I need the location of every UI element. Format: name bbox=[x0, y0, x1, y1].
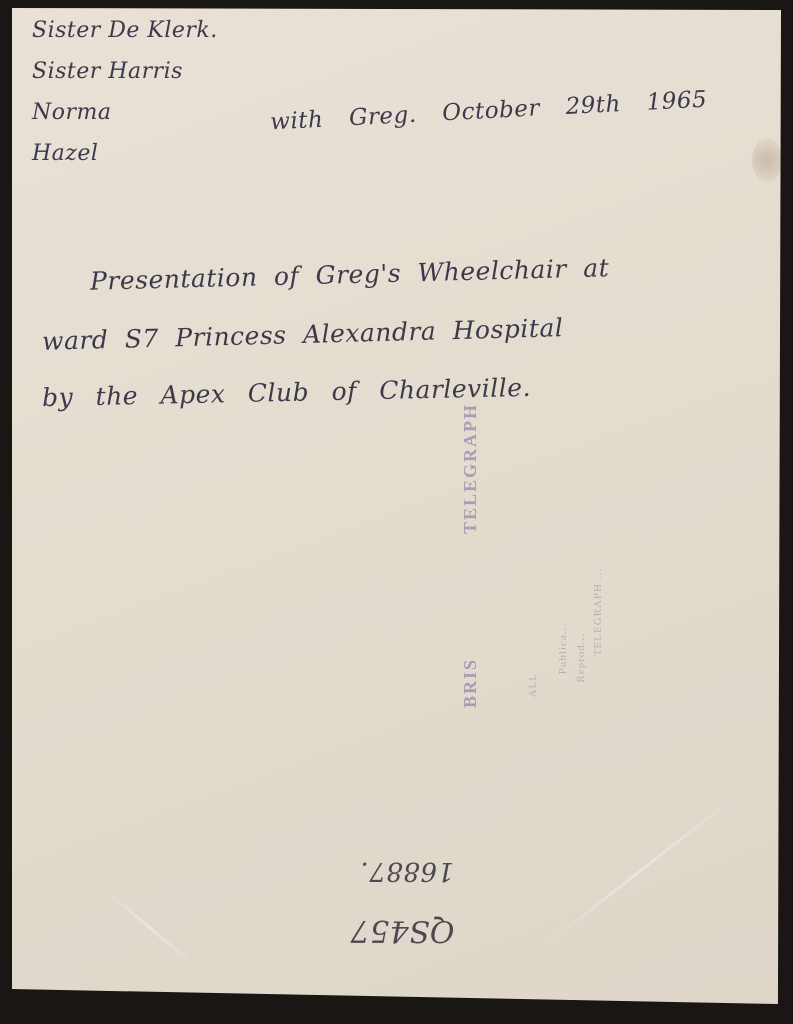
date-caption: with Greg. October 29th 1965 bbox=[270, 87, 708, 136]
ref-number-1-text: 16887. bbox=[360, 856, 454, 886]
stamp-bris: BRIS bbox=[460, 658, 481, 708]
name-4: Hazel bbox=[32, 141, 218, 182]
description-line-3: by the Apex Club of Charleville. bbox=[42, 373, 532, 412]
name-1: Sister De Klerk. bbox=[32, 18, 218, 59]
ref-number-2-text: QS457 bbox=[350, 913, 455, 948]
ref-number-1: 16887. bbox=[360, 856, 454, 886]
ref-number-2: QS457 bbox=[350, 913, 455, 948]
paper-crease bbox=[105, 890, 199, 969]
description-line-1: Presentation of Greg's Wheelchair at bbox=[90, 253, 610, 296]
stamp-faint-line-3: Reprod... bbox=[575, 633, 587, 683]
photo-back-paper: Sister De Klerk. Sister Harris Norma Haz… bbox=[12, 8, 781, 1004]
name-2: Sister Harris bbox=[32, 59, 218, 100]
description-line-2: ward S7 Princess Alexandra Hospital bbox=[42, 313, 564, 356]
name-3: Norma bbox=[32, 100, 218, 141]
stamp-faint-line-2: Publica... bbox=[557, 623, 569, 674]
stamp-faint-line-4: TELEGRAPH ... bbox=[592, 568, 604, 656]
stamp-faint-line-1: ALL bbox=[527, 673, 539, 697]
names-list: Sister De Klerk. Sister Harris Norma Haz… bbox=[32, 18, 218, 182]
paper-crease bbox=[539, 788, 746, 950]
paper-stain bbox=[752, 138, 782, 183]
stamp-telegraph: TELEGRAPH bbox=[460, 403, 481, 534]
